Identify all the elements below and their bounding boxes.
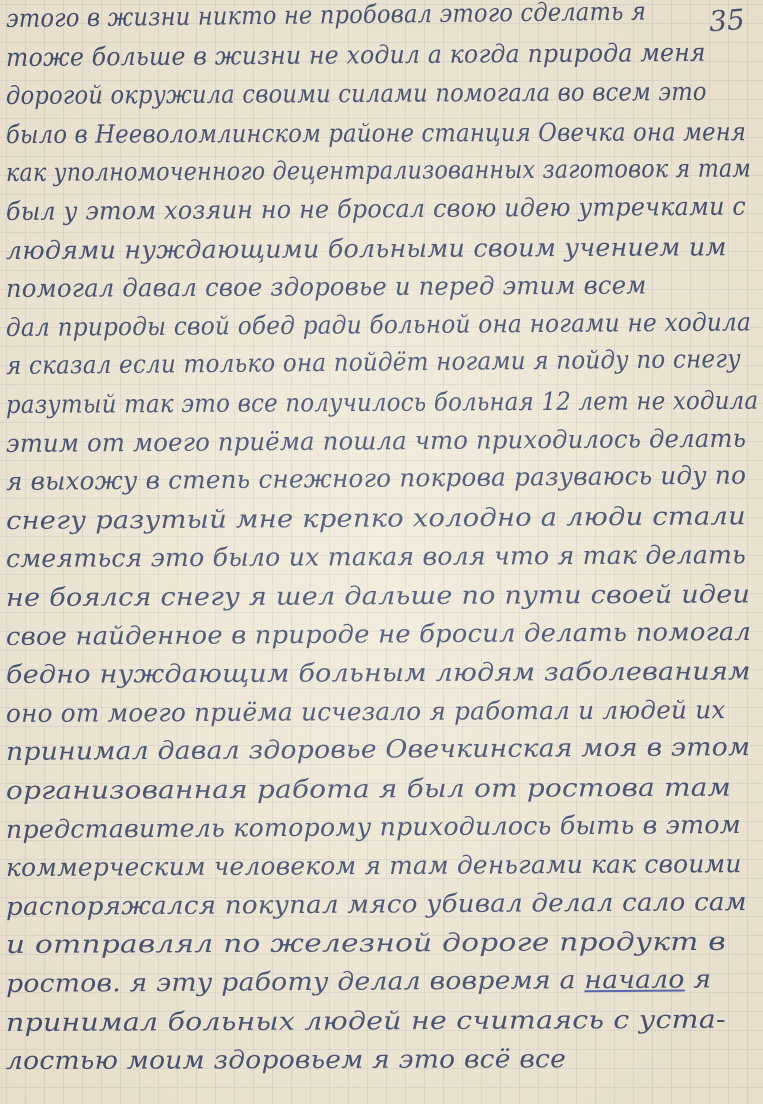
text-line: ростов. я эту работу делал вовремя а нач… [6,964,711,998]
text-line: коммерческим человеком я там деньгами ка… [6,849,742,882]
text-line: принимал давал здоровье Овечкинская моя … [6,733,750,767]
text-line: представитель которому приходилось быть … [6,810,741,844]
text-line: я выхожу в степь снежного покрова разува… [6,461,746,497]
text-line: смеяться это было их такая воля что я та… [6,541,746,574]
text-line: и отправлял по железной дороге продукт в [6,927,726,959]
text-line: организованная работа я был от ростова т… [6,773,731,805]
text-line: тоже больше в жизни не ходил а когда при… [6,37,706,71]
text-line: этим от моего приёма пошла что приходило… [6,423,746,457]
text-line: снегу разутый мне крепко холодно а люди … [6,501,746,535]
text-line: как уполномоченного децентрализованных з… [6,154,751,187]
text-line: свое найденное в природе не бросил делат… [6,617,751,651]
text-line: бедно нуждающим больным людям заболевани… [6,657,751,690]
text-line: этого в жизни никто не пробовал этого сд… [6,0,646,33]
text-line: я сказал если только она пойдёт ногами я… [6,344,741,380]
page-number: 35 [708,3,746,38]
text-line: не боялся снегу я шел дальше по пути сво… [6,579,750,612]
text-line: дорогой окружила своими силами помогала … [6,77,707,110]
notebook-page: 35 этого в жизни никто не пробовал этого… [0,0,763,1104]
text-line: был у этом хозяин но не бросал свою идею… [6,192,746,226]
text-line: было в Нееволомлинском районе станция Ов… [6,117,746,149]
text-line: принимал больных людей не считаясь с уст… [6,1004,726,1036]
text-line: разутый так это все получилось больная 1… [6,386,758,419]
text-line: людями нуждающими больными своим учением… [6,232,727,265]
text-line: помогал давал свое здоровье и перед этим… [6,271,647,303]
text-line: лостью моим здоровьем я это всё все [6,1044,566,1075]
text-line: оно от моего приёма исчезало я работал и… [6,695,726,728]
underlined-word: начало [584,965,685,995]
text-line: дал природы свой обед ради больной она н… [6,307,751,342]
text-line: распоряжался покупал мясо убивал делал с… [6,887,747,921]
